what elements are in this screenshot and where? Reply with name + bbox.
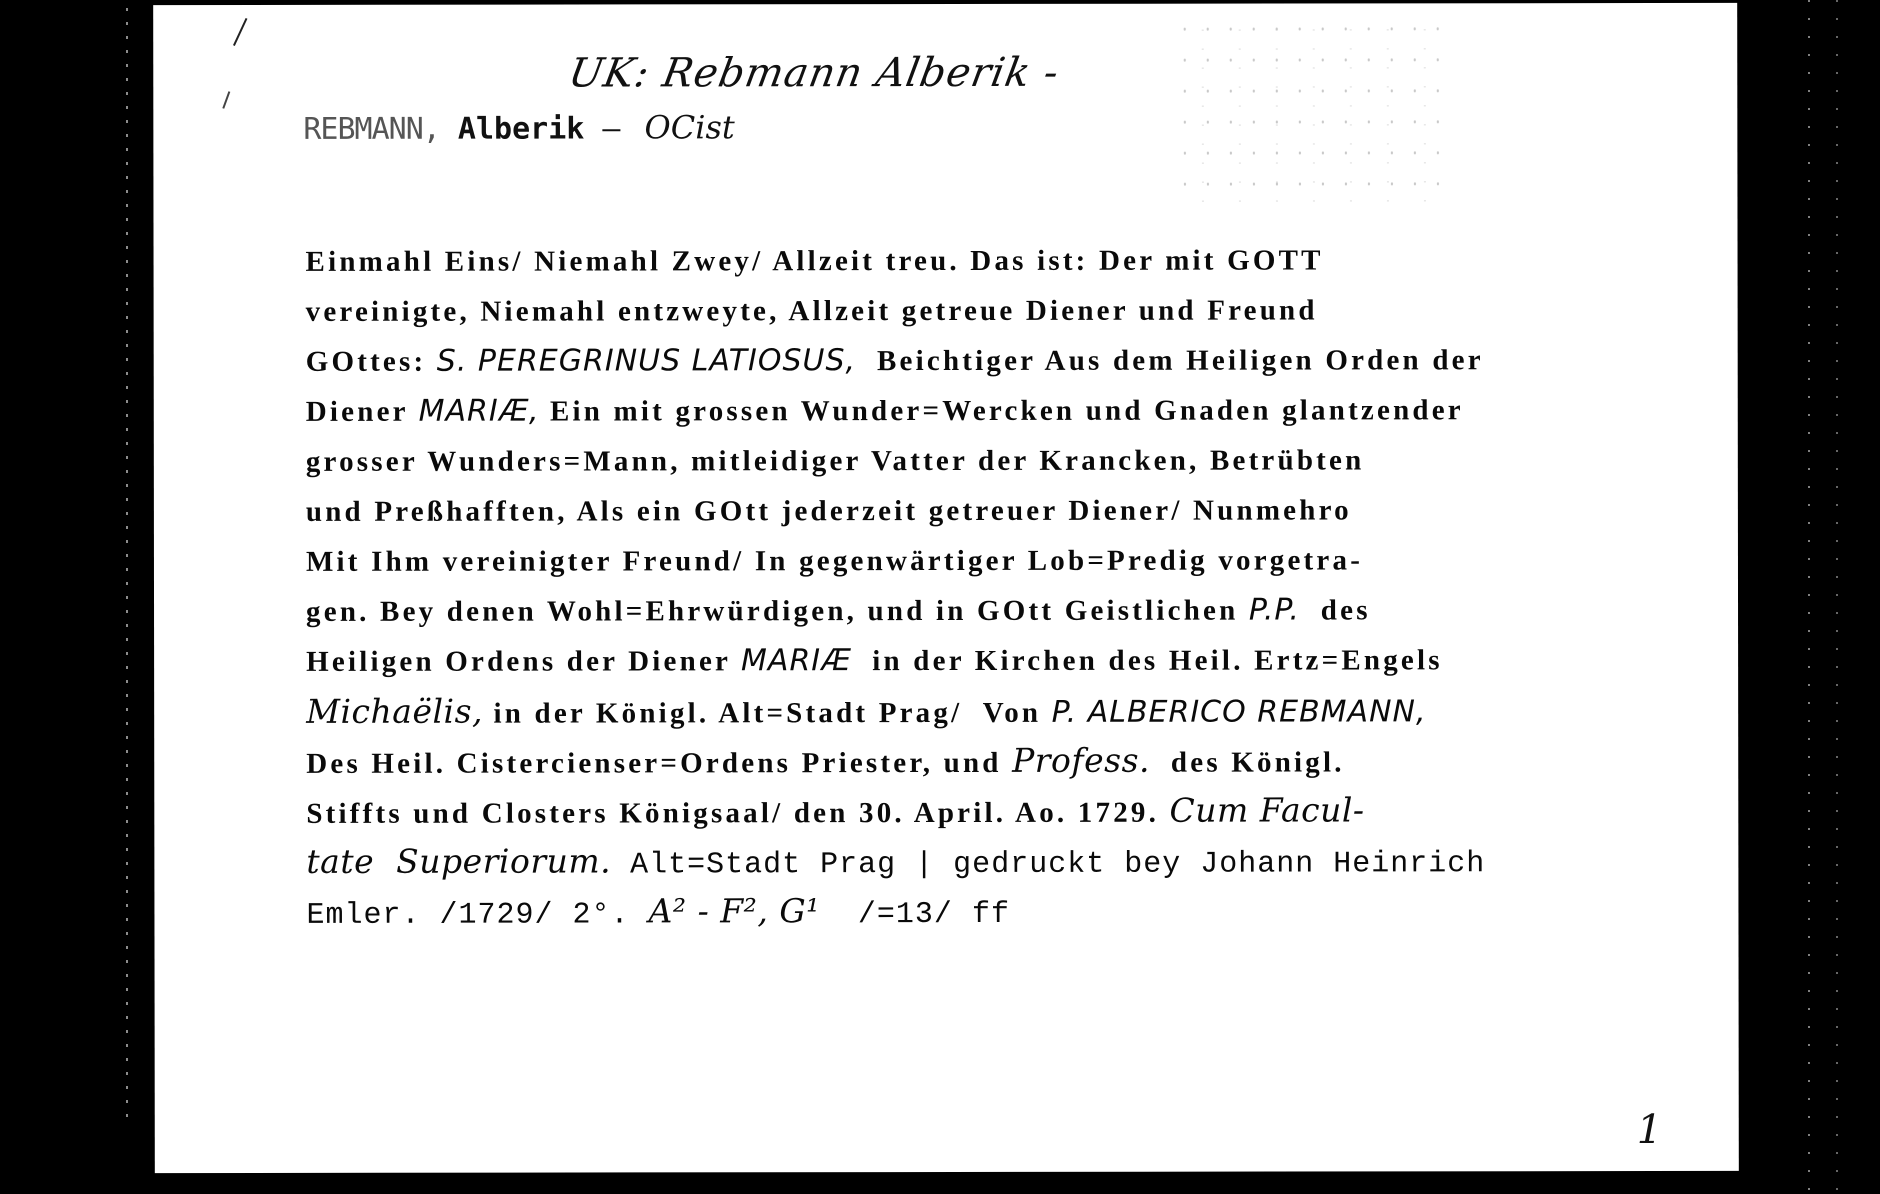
fraktur-segment: Diener xyxy=(306,396,419,428)
catalogue-card: UK: Rebmann Alberik - REBMANN, Alberik —… xyxy=(153,3,1739,1173)
text-line: Emler. /1729/ 2°. A² - F², G¹ /=13/ ff xyxy=(306,885,1726,937)
script-segment: A² - F², G¹ xyxy=(648,891,819,930)
fraktur-segment: Ein mit grossen Wunder=Wercken und Gnade… xyxy=(539,394,1463,427)
text-line: grosser Wunders=Mann, mitleidiger Vatter… xyxy=(306,435,1726,487)
heading-order: OCist xyxy=(645,108,735,146)
pencil-marks xyxy=(225,13,255,113)
handwritten-annotation: UK: Rebmann Alberik - xyxy=(565,50,1063,97)
fraktur-segment: und Preßhafften, Als ein GOtt jederzeit … xyxy=(306,494,1352,527)
text-line: Einmahl Eins/ Niemahl Zwey/ Allzeit treu… xyxy=(306,235,1726,287)
text-line: GOttes: S. PEREGRINUS LATIOSUS, Beichtig… xyxy=(306,335,1726,387)
script-segment: tate Superiorum. xyxy=(306,841,611,880)
latin-segment: P. ALBERICO REBMANN, xyxy=(1052,694,1427,730)
fraktur-segment: in der Königl. Alt=Stadt Prag/ Von xyxy=(483,697,1052,730)
scan-edge-left xyxy=(126,8,128,1118)
text-line: vereinigte, Niemahl entzweyte, Allzeit g… xyxy=(306,285,1726,337)
typed-segment: /=13/ ff xyxy=(820,898,1010,932)
latin-segment: MARIÆ, xyxy=(419,394,540,429)
text-line: und Preßhafften, Als ein GOtt jederzeit … xyxy=(306,485,1726,537)
latin-segment: MARIÆ xyxy=(741,643,851,678)
fraktur-segment: des xyxy=(1300,594,1371,626)
card-body-text: Einmahl Eins/ Niemahl Zwey/ Allzeit treu… xyxy=(306,235,1727,937)
bleed-through-noise xyxy=(1173,13,1453,203)
text-line: gen. Bey denen Wohl=Ehrwürdigen, und in … xyxy=(306,585,1726,637)
fraktur-segment: Einmahl Eins/ Niemahl Zwey/ Allzeit treu… xyxy=(306,244,1324,277)
fraktur-segment: Mit Ihm vereinigter Freund/ In gegenwärt… xyxy=(306,544,1363,577)
fraktur-segment: in der Kirchen des Heil. Ertz=Engels xyxy=(851,644,1442,677)
scan-edge-right-2 xyxy=(1836,0,1838,1194)
fraktur-segment: Des Heil. Cistercienser=Ordens Priester,… xyxy=(306,747,1012,780)
fraktur-segment: GOttes: xyxy=(306,346,437,378)
script-segment: Cum Facul- xyxy=(1169,790,1364,829)
heading-given-name: Alberik xyxy=(458,112,584,147)
typed-segment: Emler. /1729/ 2°. xyxy=(306,898,648,932)
fraktur-segment: Stiffts und Closters Königsaal/ den 30. … xyxy=(306,797,1169,830)
text-line: Heiligen Ordens der Diener MARIÆ in der … xyxy=(306,635,1726,687)
script-segment: Profess. xyxy=(1012,741,1150,780)
text-line: Mit Ihm vereinigter Freund/ In gegenwärt… xyxy=(306,535,1726,587)
text-line: tate Superiorum. Alt=Stadt Prag | gedruc… xyxy=(306,835,1726,887)
heading-surname: REBMANN, xyxy=(303,112,440,147)
fraktur-segment: gen. Bey denen Wohl=Ehrwürdigen, und in … xyxy=(306,595,1249,628)
page-number: 1 xyxy=(1637,1107,1663,1153)
heading-separator: — xyxy=(602,111,620,146)
text-line: Des Heil. Cistercienser=Ordens Priester,… xyxy=(306,735,1726,787)
latin-segment: P.P. xyxy=(1249,593,1300,628)
fraktur-segment: vereinigte, Niemahl entzweyte, Allzeit g… xyxy=(306,294,1318,327)
fraktur-segment: Heiligen Ordens der Diener xyxy=(306,645,741,678)
card-heading: REBMANN, Alberik — OCist xyxy=(303,108,734,147)
latin-segment: S. PEREGRINUS LATIOSUS, xyxy=(437,343,856,379)
text-line: Stiffts und Closters Königsaal/ den 30. … xyxy=(306,785,1726,837)
text-line: Diener MARIÆ, Ein mit grossen Wunder=Wer… xyxy=(306,385,1726,437)
script-segment: Michaëlis, xyxy=(306,692,483,731)
fraktur-segment: Beichtiger Aus dem Heiligen Orden der xyxy=(856,344,1484,377)
typed-segment: Alt=Stadt Prag | gedruckt bey Johann Hei… xyxy=(611,847,1485,882)
scan-edge-right xyxy=(1808,0,1810,1194)
fraktur-segment: grosser Wunders=Mann, mitleidiger Vatter… xyxy=(306,444,1365,477)
text-line: Michaëlis, in der Königl. Alt=Stadt Prag… xyxy=(306,685,1726,737)
fraktur-segment: des Königl. xyxy=(1150,746,1345,778)
